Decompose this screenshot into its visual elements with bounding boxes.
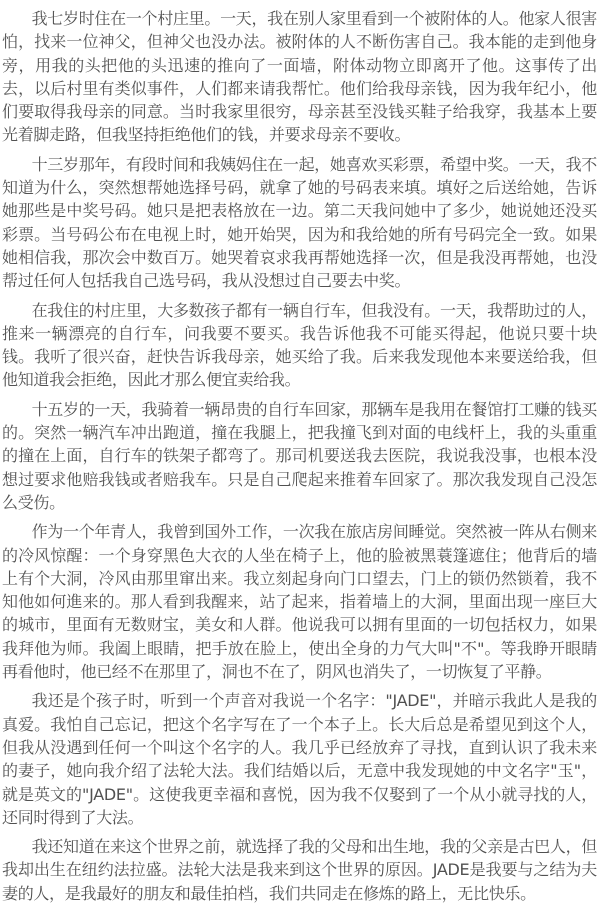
paragraph: 我七岁时住在一个村庄里。一天，我在别人家里看到一个被附体的人。他家人很害怕，找来…: [2, 7, 597, 147]
paragraph: 在我住的村庄里，大多数孩子都有一辆自行车，但我没有。一天，我帮助过的人，推来一辆…: [2, 299, 597, 392]
document-page: 我七岁时住在一个村庄里。一天，我在别人家里看到一个被附体的人。他家人很害怕，找来…: [0, 0, 600, 911]
paragraph: 我还知道在来这个世界之前，就选择了我的父母和出生地，我的父亲是古巴人，但我却出生…: [2, 835, 597, 905]
paragraph: 我还是个孩子时，听到一个声音对我说一个名字："JADE"，并暗示我此人是我的真爱…: [2, 689, 597, 829]
article-body: 我七岁时住在一个村庄里。一天，我在别人家里看到一个被附体的人。他家人很害怕，找来…: [2, 7, 597, 905]
paragraph: 十五岁的一天，我骑着一辆昂贵的自行车回家，那辆车是我用在餐馆打工赚的钱买的。突然…: [2, 398, 597, 514]
paragraph: 作为一个年青人，我曾到国外工作，一次我在旅店房间睡觉。突然被一阵从右侧来的冷风惊…: [2, 520, 597, 683]
paragraph: 十三岁那年，有段时间和我姨妈住在一起，她喜欢买彩票，希望中奖。一天，我不知道为什…: [2, 153, 597, 293]
